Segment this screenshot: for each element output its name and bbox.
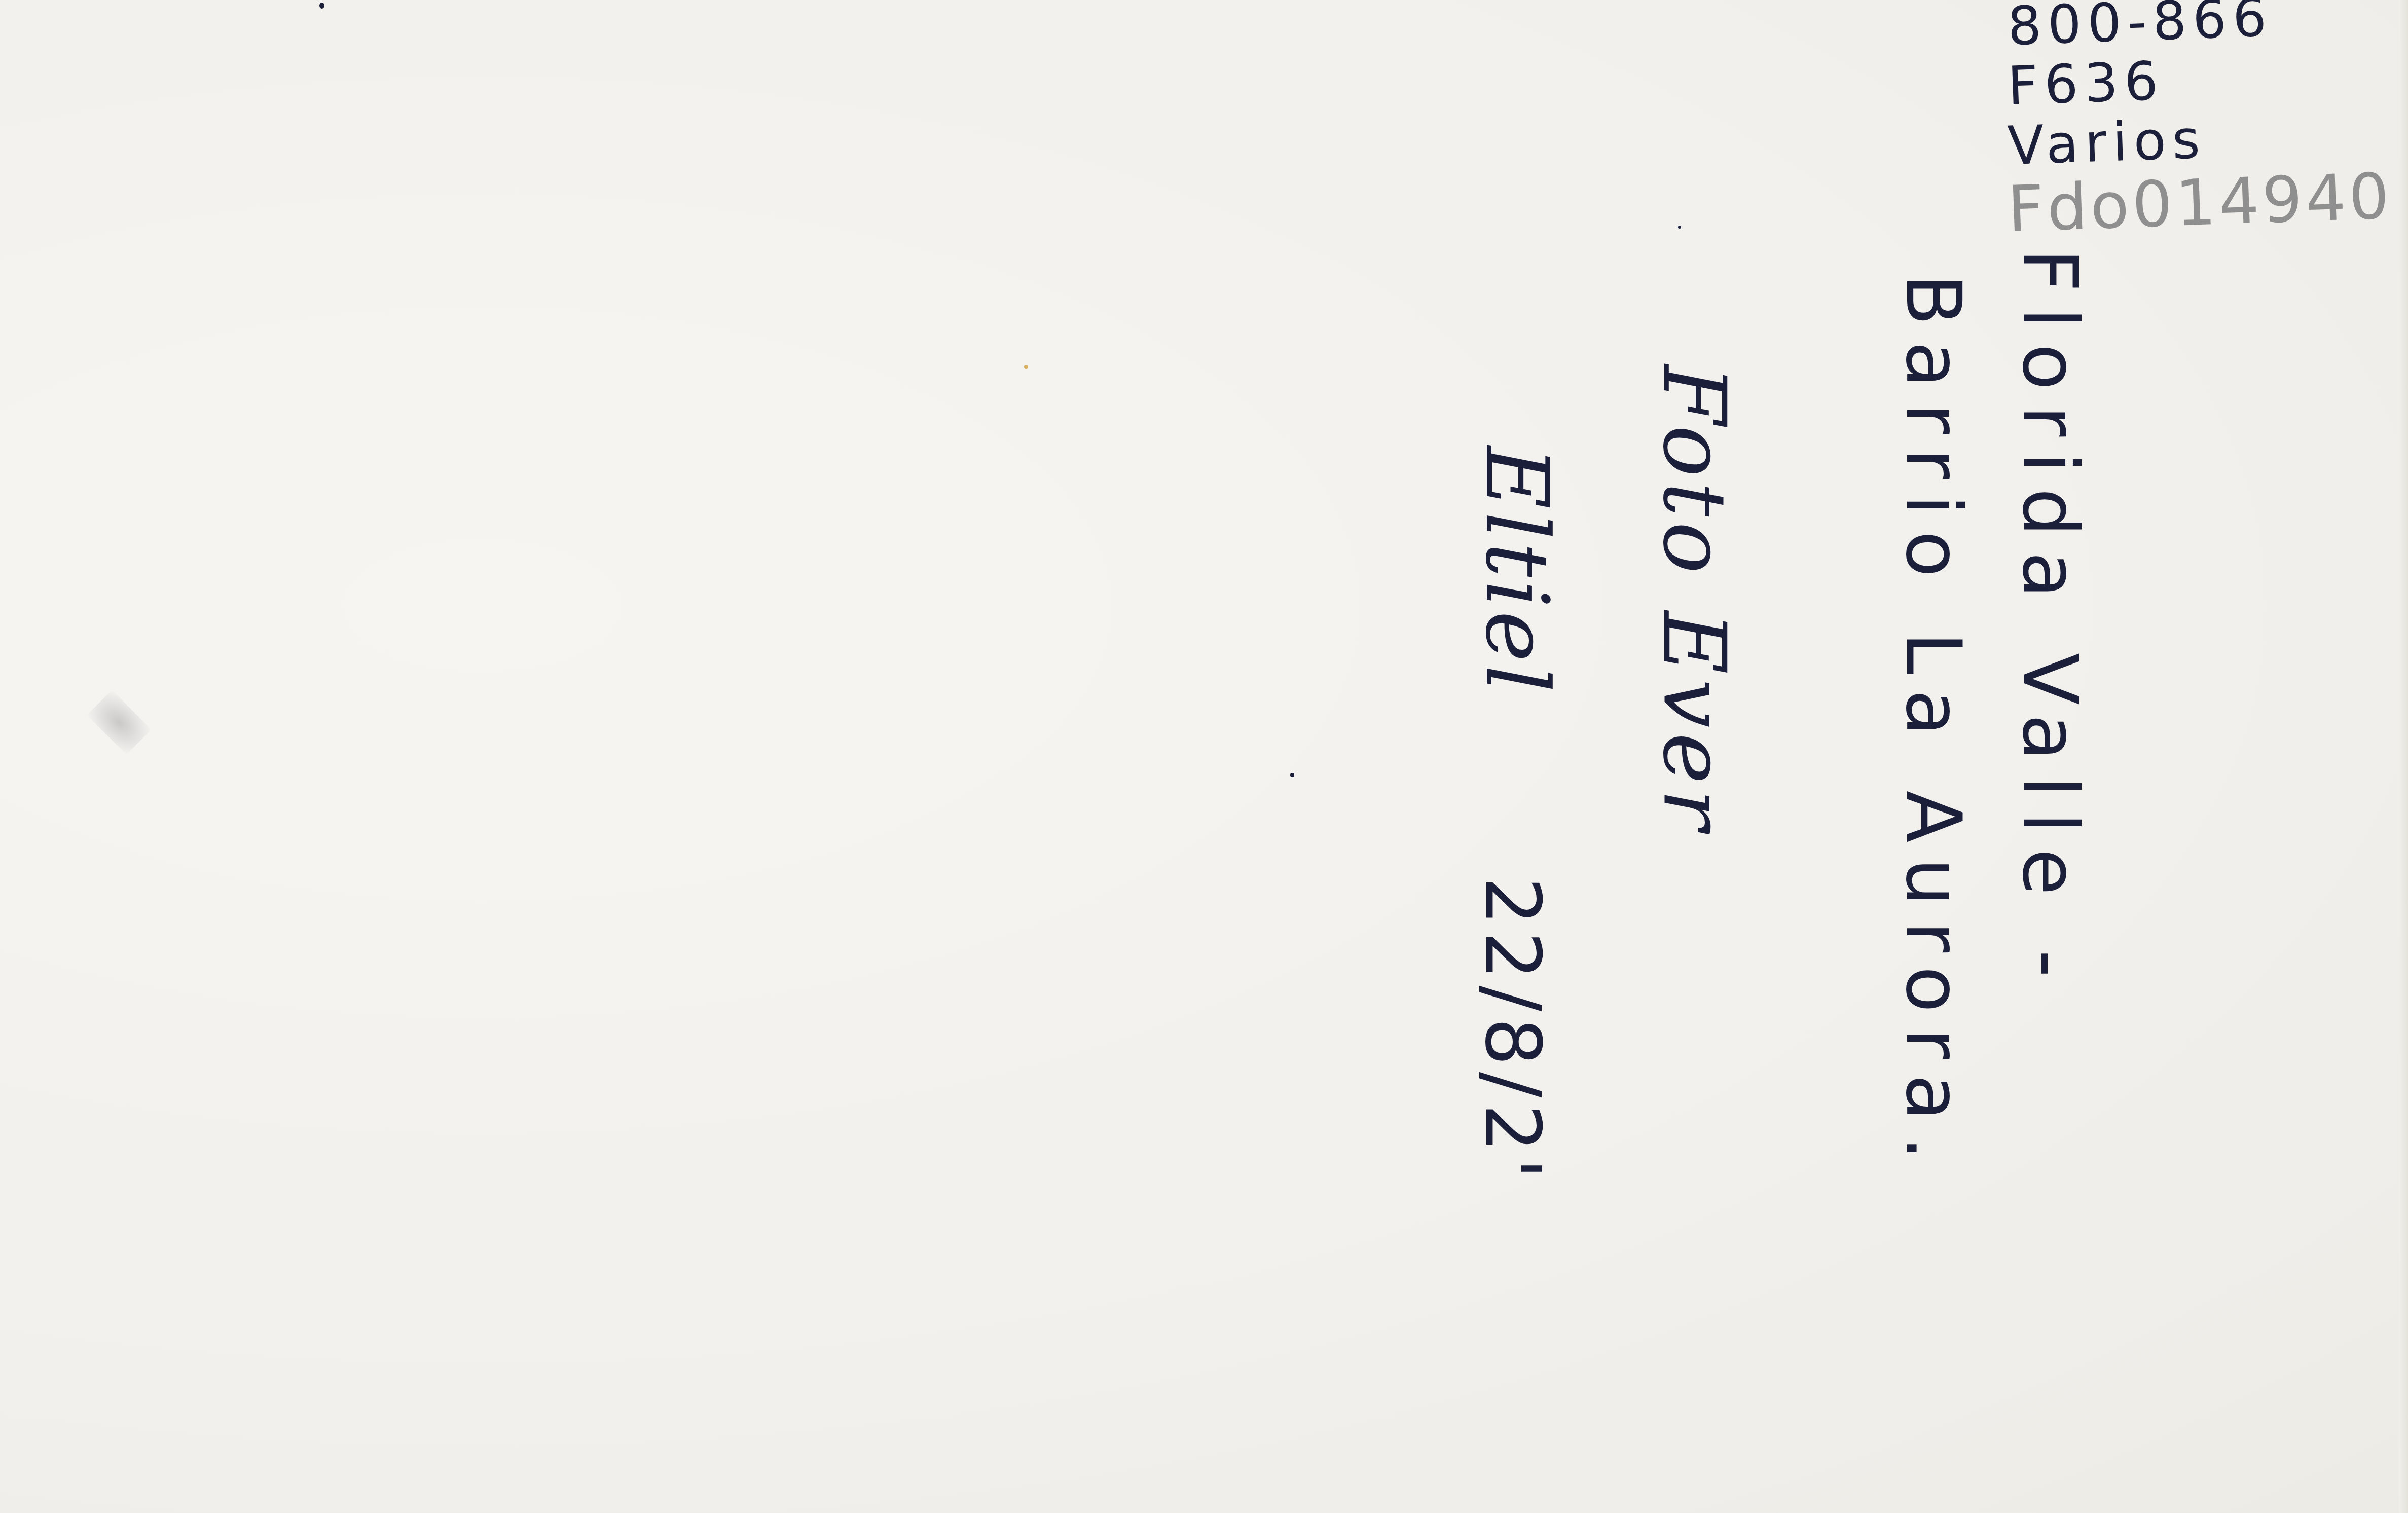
card-right-edge (2399, 0, 2408, 1513)
ink-speck (319, 3, 324, 9)
photo-back-card: 800-866 F636 Varios Fdo014940 Florida Va… (0, 0, 2408, 1513)
paper-stain (1024, 365, 1028, 369)
photographer-credit: Foto Ever (1644, 365, 1744, 835)
photo-date: 22/8/2' (1468, 877, 1556, 1185)
caption-line-2: Barrio La Aurora. (1889, 274, 1977, 1175)
pencil-smudge (87, 690, 151, 754)
catalog-notes: 800-866 F636 Varios Fdo014940 (2008, 0, 2392, 233)
catalog-number: Fdo014940 (2006, 167, 2393, 240)
ink-speck (1678, 226, 1681, 229)
signature: Eltiel (1466, 446, 1566, 695)
ink-speck (1290, 773, 1294, 777)
caption-line-1: Florida Valle - (2005, 248, 2094, 992)
